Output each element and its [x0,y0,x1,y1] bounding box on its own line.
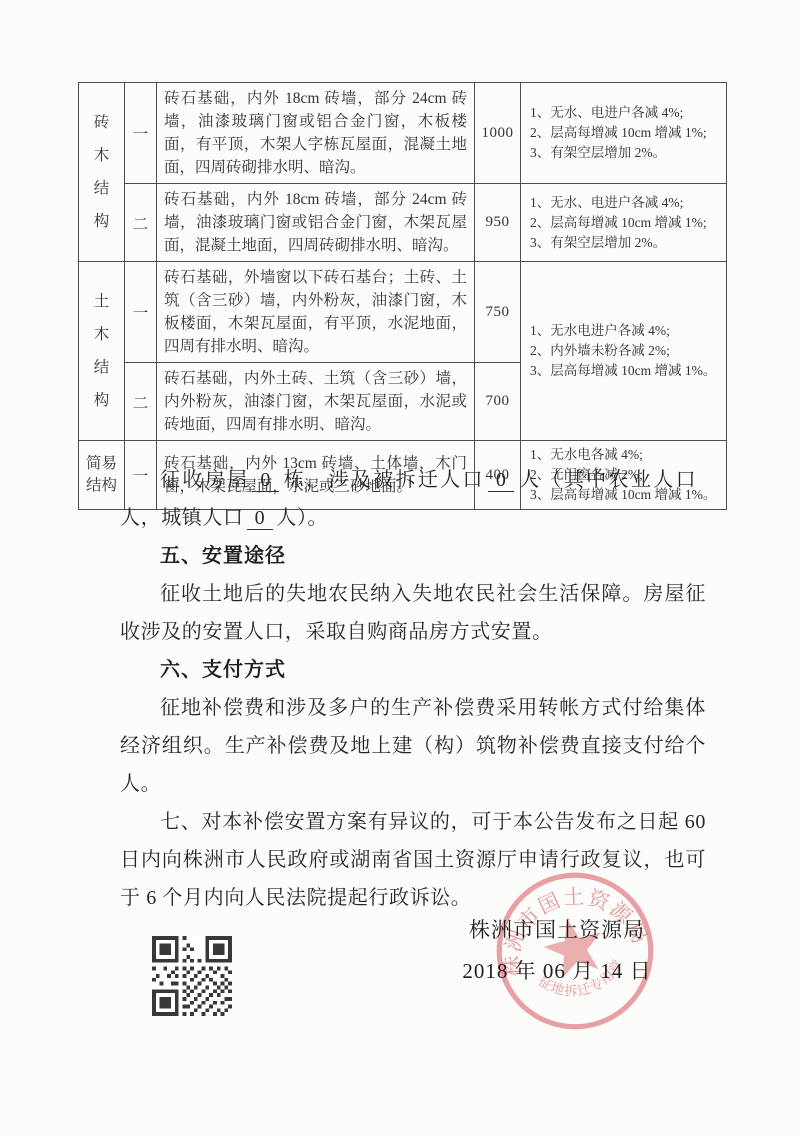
relocated-people-value: 0 [488,469,515,492]
note-line: 1、无水电进户各减 4%; [530,321,722,341]
note-line: 2、内外墙未粉各减 2%; [530,341,722,361]
grade-cell: 二 [125,363,157,441]
housing-stats-paragraph: 征收房屋0栋，涉及被拆迁人口0人（其中农业人口人，城镇人口0人）。 [120,461,706,537]
scanned-notice-page: 砖木结构 一 砖石基础，内外 18cm 砖墙，部分 24cm 砖墙，油漆玻璃门窗… [0,0,800,1136]
section-5-paragraph: 征收土地后的失地农民纳入失地农民社会生活保障。房屋征收涉及的安置人口，采取自购商… [120,575,706,651]
grade-cell: 一 [125,262,157,363]
grade-cell: 一 [125,83,157,184]
grade-cell: 二 [125,184,157,262]
structure-type-label: 简易结构 [85,453,119,497]
note-line: 2、层高每增减 10cm 增减 1%; [530,213,722,233]
note-line: 3、层高每增减 10cm 增减 1%。 [530,361,722,381]
description-cell: 砖石基础，内外 18cm 砖墙，部分 24cm 砖墙，油漆玻璃门窗或铝合金门窗，… [157,184,475,262]
price-cell: 1000 [475,83,521,184]
text-segment: 征收房屋 [160,469,249,491]
structure-type-earthwood: 土木结构 [79,262,125,441]
issuing-authority: 株洲市国土资源局 [452,910,662,951]
description-cell: 砖石基础，内外土砖、土筑（含三砂）墙，内外粉灰，油漆门窗，木架瓦屋面，水泥或砖地… [157,363,475,441]
description-cell: 砖石基础，内外 18cm 砖墙，部分 24cm 砖墙，油漆玻璃门窗或铝合金门窗，… [157,83,475,184]
note-line: 3、有架空层增加 2%。 [530,143,722,163]
issue-date: 2018 年 06 月 14 日 [452,951,662,992]
text-segment: 栋，涉及被拆迁人口 [282,469,485,491]
table-row-brickwood-1: 砖木结构 一 砖石基础，内外 18cm 砖墙，部分 24cm 砖墙，油漆玻璃门窗… [79,83,727,184]
qr-code [148,936,236,1016]
notes-cell: 1、无水、电进户各减 4%; 2、层高每增减 10cm 增减 1%; 3、有架空… [521,83,727,184]
structure-type-simple: 简易结构 [79,441,125,510]
notice-body: 征收房屋0栋，涉及被拆迁人口0人（其中农业人口人，城镇人口0人）。 五、安置途径… [120,461,706,917]
section-6-paragraph: 征地补偿费和涉及多户的生产补偿费采用转帐方式付给集体经济组织。生产补偿费及地上建… [120,689,706,803]
notes-cell: 1、无水、电进户各减 4%; 2、层高每增减 10cm 增减 1%; 3、有架空… [521,184,727,262]
text-segment: 人，城镇人口 [120,507,244,529]
structure-type-brickwood: 砖木结构 [79,83,125,262]
buildings-count-value: 0 [252,469,279,492]
price-cell: 950 [475,184,521,262]
text-segment: 人（其中农业人口 [517,469,698,491]
structure-type-label: 土木结构 [93,285,110,417]
compensation-table: 砖木结构 一 砖石基础，内外 18cm 砖墙，部分 24cm 砖墙，油漆玻璃门窗… [78,82,727,510]
table-row-earthwood-1: 土木结构 一 砖石基础，外墙窗以下砖石基台；土砖、土筑（含三砂）墙，内外粉灰，油… [79,262,727,363]
price-cell: 750 [475,262,521,363]
section-heading-5: 五、安置途径 [120,537,706,575]
price-cell: 700 [475,363,521,441]
signature-block: 株洲市国土资源局 2018 年 06 月 14 日 [452,910,662,992]
urban-people-value: 0 [247,507,274,530]
notes-cell-merged: 1、无水电进户各减 4%; 2、内外墙未粉各减 2%; 3、层高每增减 10cm… [521,262,727,441]
note-line: 1、无水、电进户各减 4%; [530,103,722,123]
text-segment: 人）。 [276,507,328,529]
note-line: 1、无水、电进户各减 4%; [530,193,722,213]
note-line: 2、层高每增减 10cm 增减 1%; [530,123,722,143]
section-7-paragraph: 七、对本补偿安置方案有异议的，可于本公告发布之日起 60 日内向株洲市人民政府或… [120,803,706,917]
description-cell: 砖石基础，外墙窗以下砖石基台；土砖、土筑（含三砂）墙，内外粉灰，油漆门窗，木板楼… [157,262,475,363]
structure-type-label: 砖木结构 [93,106,110,238]
section-heading-6: 六、支付方式 [120,651,706,689]
table-row-brickwood-2: 二 砖石基础，内外 18cm 砖墙，部分 24cm 砖墙，油漆玻璃门窗或铝合金门… [79,184,727,262]
note-line: 3、有架空层增加 2%。 [530,233,722,253]
